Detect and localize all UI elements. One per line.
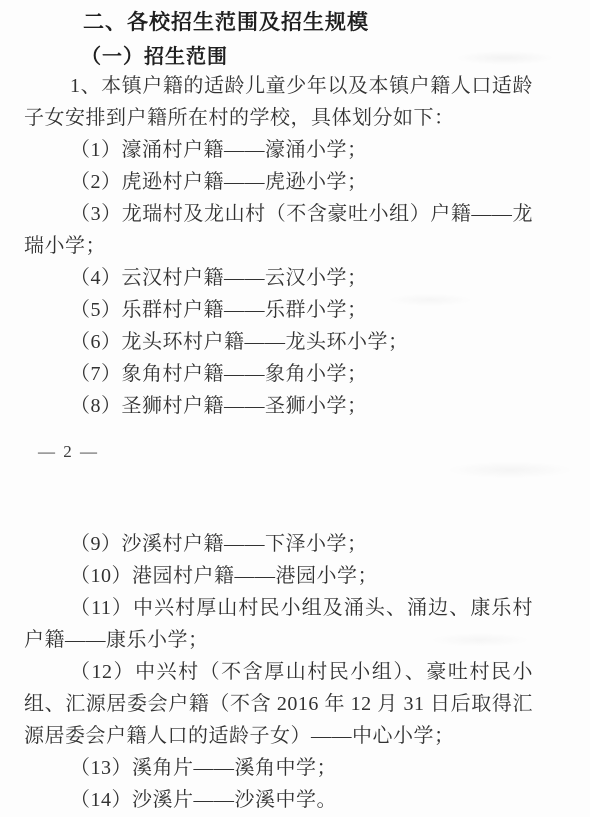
allocation-item-2: （2）虎逊村户籍——虎逊小学； [24,166,533,198]
allocation-item-7: （7）象角村户籍——象角小学； [24,358,533,390]
section-heading: 二、各校招生范围及招生规模 [83,8,533,38]
allocation-item-1: （1）濠涌村户籍——濠涌小学； [24,134,533,166]
page-break-gap [24,468,533,528]
allocation-item-14: （14）沙溪片——沙溪中学。 [24,784,533,816]
allocation-item-6: （6）龙头环村户籍——龙头环小学； [24,326,533,358]
allocation-item-4: （4）云汉村户籍——云汉小学； [24,262,533,294]
allocation-item-9: （9）沙溪村户籍——下泽小学； [24,528,533,560]
scanned-document-page: 二、各校招生范围及招生规模 （一）招生范围 1、本镇户籍的适龄儿童少年以及本镇户… [0,0,590,817]
allocation-item-12: （12）中兴村（不含厚山村民小组）、豪吐村民小组、汇源居委会户籍（不含 2016… [24,656,533,752]
allocation-item-8: （8）圣狮村户籍——圣狮小学； [24,390,533,422]
allocation-item-5: （5）乐群村户籍——乐群小学； [24,294,533,326]
subsection-heading: （一）招生范围 [81,44,533,70]
allocation-item-13: （13）溪角片——溪角中学； [24,752,533,784]
allocation-item-10: （10）港园村户籍——港园小学； [24,560,533,592]
allocation-item-3: （3）龙瑞村及龙山村（不含豪吐小组）户籍——龙瑞小学； [24,198,533,262]
page-number: — 2 — [38,436,533,468]
allocation-item-11: （11）中兴村厚山村民小组及涌头、涌边、康乐村户籍——康乐小学； [24,592,533,656]
intro-paragraph: 1、本镇户籍的适龄儿童少年以及本镇户籍人口适龄子女安排到户籍所在村的学校，具体划… [24,70,533,134]
